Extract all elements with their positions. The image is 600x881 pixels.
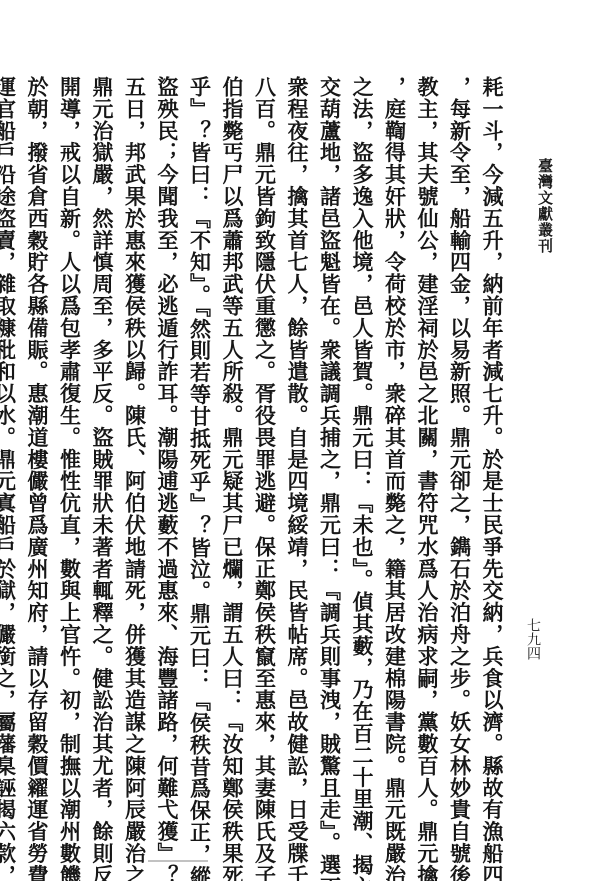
text-column-3: 教主，其夫號仙公，建淫祠於邑之北關，書符咒水爲人治病求嗣，黨數百人。鼎元擒之: [411, 76, 444, 846]
text-column-14: 開導，戒以自新。人以爲包孝肅復生。惟性伉直，數與上官忤。初，制撫以潮州數饑請: [53, 76, 86, 846]
text-column-12: 五日，邦武果於惠來獲侯秩以歸。陳氏、阿伯伏地請死，併獲其造謀之陳阿辰嚴治之。: [118, 76, 151, 846]
text-column-11: 盜殃民；今聞我至，必逃遁行詐耳。潮陽逋逃藪不過惠來、海豐諸路，何難弋獲』？越: [151, 76, 184, 846]
series-title-header: 臺灣文獻叢刊: [535, 158, 556, 254]
text-column-10: 乎』？皆曰：『不知』。『然則若等甘抵死乎』？皆泣。鼎元曰：『侯秩昔爲保正，縱: [183, 76, 216, 846]
text-column-4: ，庭鞫得其奸狀，令荷校於市，衆碎其首而斃之，籍其居改建棉陽書院。鼎元既嚴治盜: [378, 76, 411, 846]
text-column-15: 於朝，撥省倉西穀貯各縣備賑。惠潮道樓儼曾爲廣州知府，請以存留穀價糴運省勞費，: [21, 76, 54, 846]
text-column-2: ，每新令至，船輸四金，以易新照。鼎元卻之，鐫石於泊舟之步。妖女林妙貴自號後天: [443, 76, 476, 846]
text-column-8: 八百。鼎元皆鉤致隱伏重懲之。胥役畏罪逃避。保正鄭侯秩竄至惠來，其妻陳氏及子阿: [248, 76, 281, 846]
page-number: 七九四: [523, 618, 543, 660]
text-column-13: 鼎元治獄嚴，然詳慎周至，多平反。盜賊罪狀未著者輒釋之。健訟治其尤者，餘則反覆: [86, 76, 119, 846]
text-column-7: 衆程夜往，擒其首七人，餘皆遣散。自是四境綏靖，民皆帖席。邑故健訟，日受牒千七: [281, 76, 314, 846]
text-column-9: 伯指斃丐尸以爲蕭邦武等五人所殺。鼎元疑其尸已爛，謂五人曰：『汝知鄭侯秩果死否: [216, 76, 249, 846]
vertical-text-body: 耗一斗，今減五升，納前年者減七升。於是士民爭先交納，兵食以濟。縣故有漁船四百 ，…: [38, 76, 508, 846]
text-column-5: 之法，盜多逸入他境，邑人皆賀。鼎元曰：『未也』。偵其藪，乃在百二十里潮、揭之: [346, 76, 379, 846]
text-column-1: 耗一斗，今減五升，納前年者減七升。於是士民爭先交納，兵食以濟。縣故有漁船四百: [476, 76, 509, 846]
text-column-16: 運官船戶沿途盜賣，雜取糠秕和以水。鼎元寘船戶於獄，儼銜之，屬藩臬誣揭六款，計: [0, 76, 21, 846]
text-column-6: 交葫蘆地，諸邑盜魁皆在。衆議調兵捕之，鼎元曰：『調兵則事洩，賊驚且走』。選丁壯: [313, 76, 346, 846]
scan-artifact-mark: [148, 860, 208, 862]
document-page: 臺灣文獻叢刊 七九四 耗一斗，今減五升，納前年者減七升。於是士民爭先交納，兵食以…: [0, 0, 600, 881]
